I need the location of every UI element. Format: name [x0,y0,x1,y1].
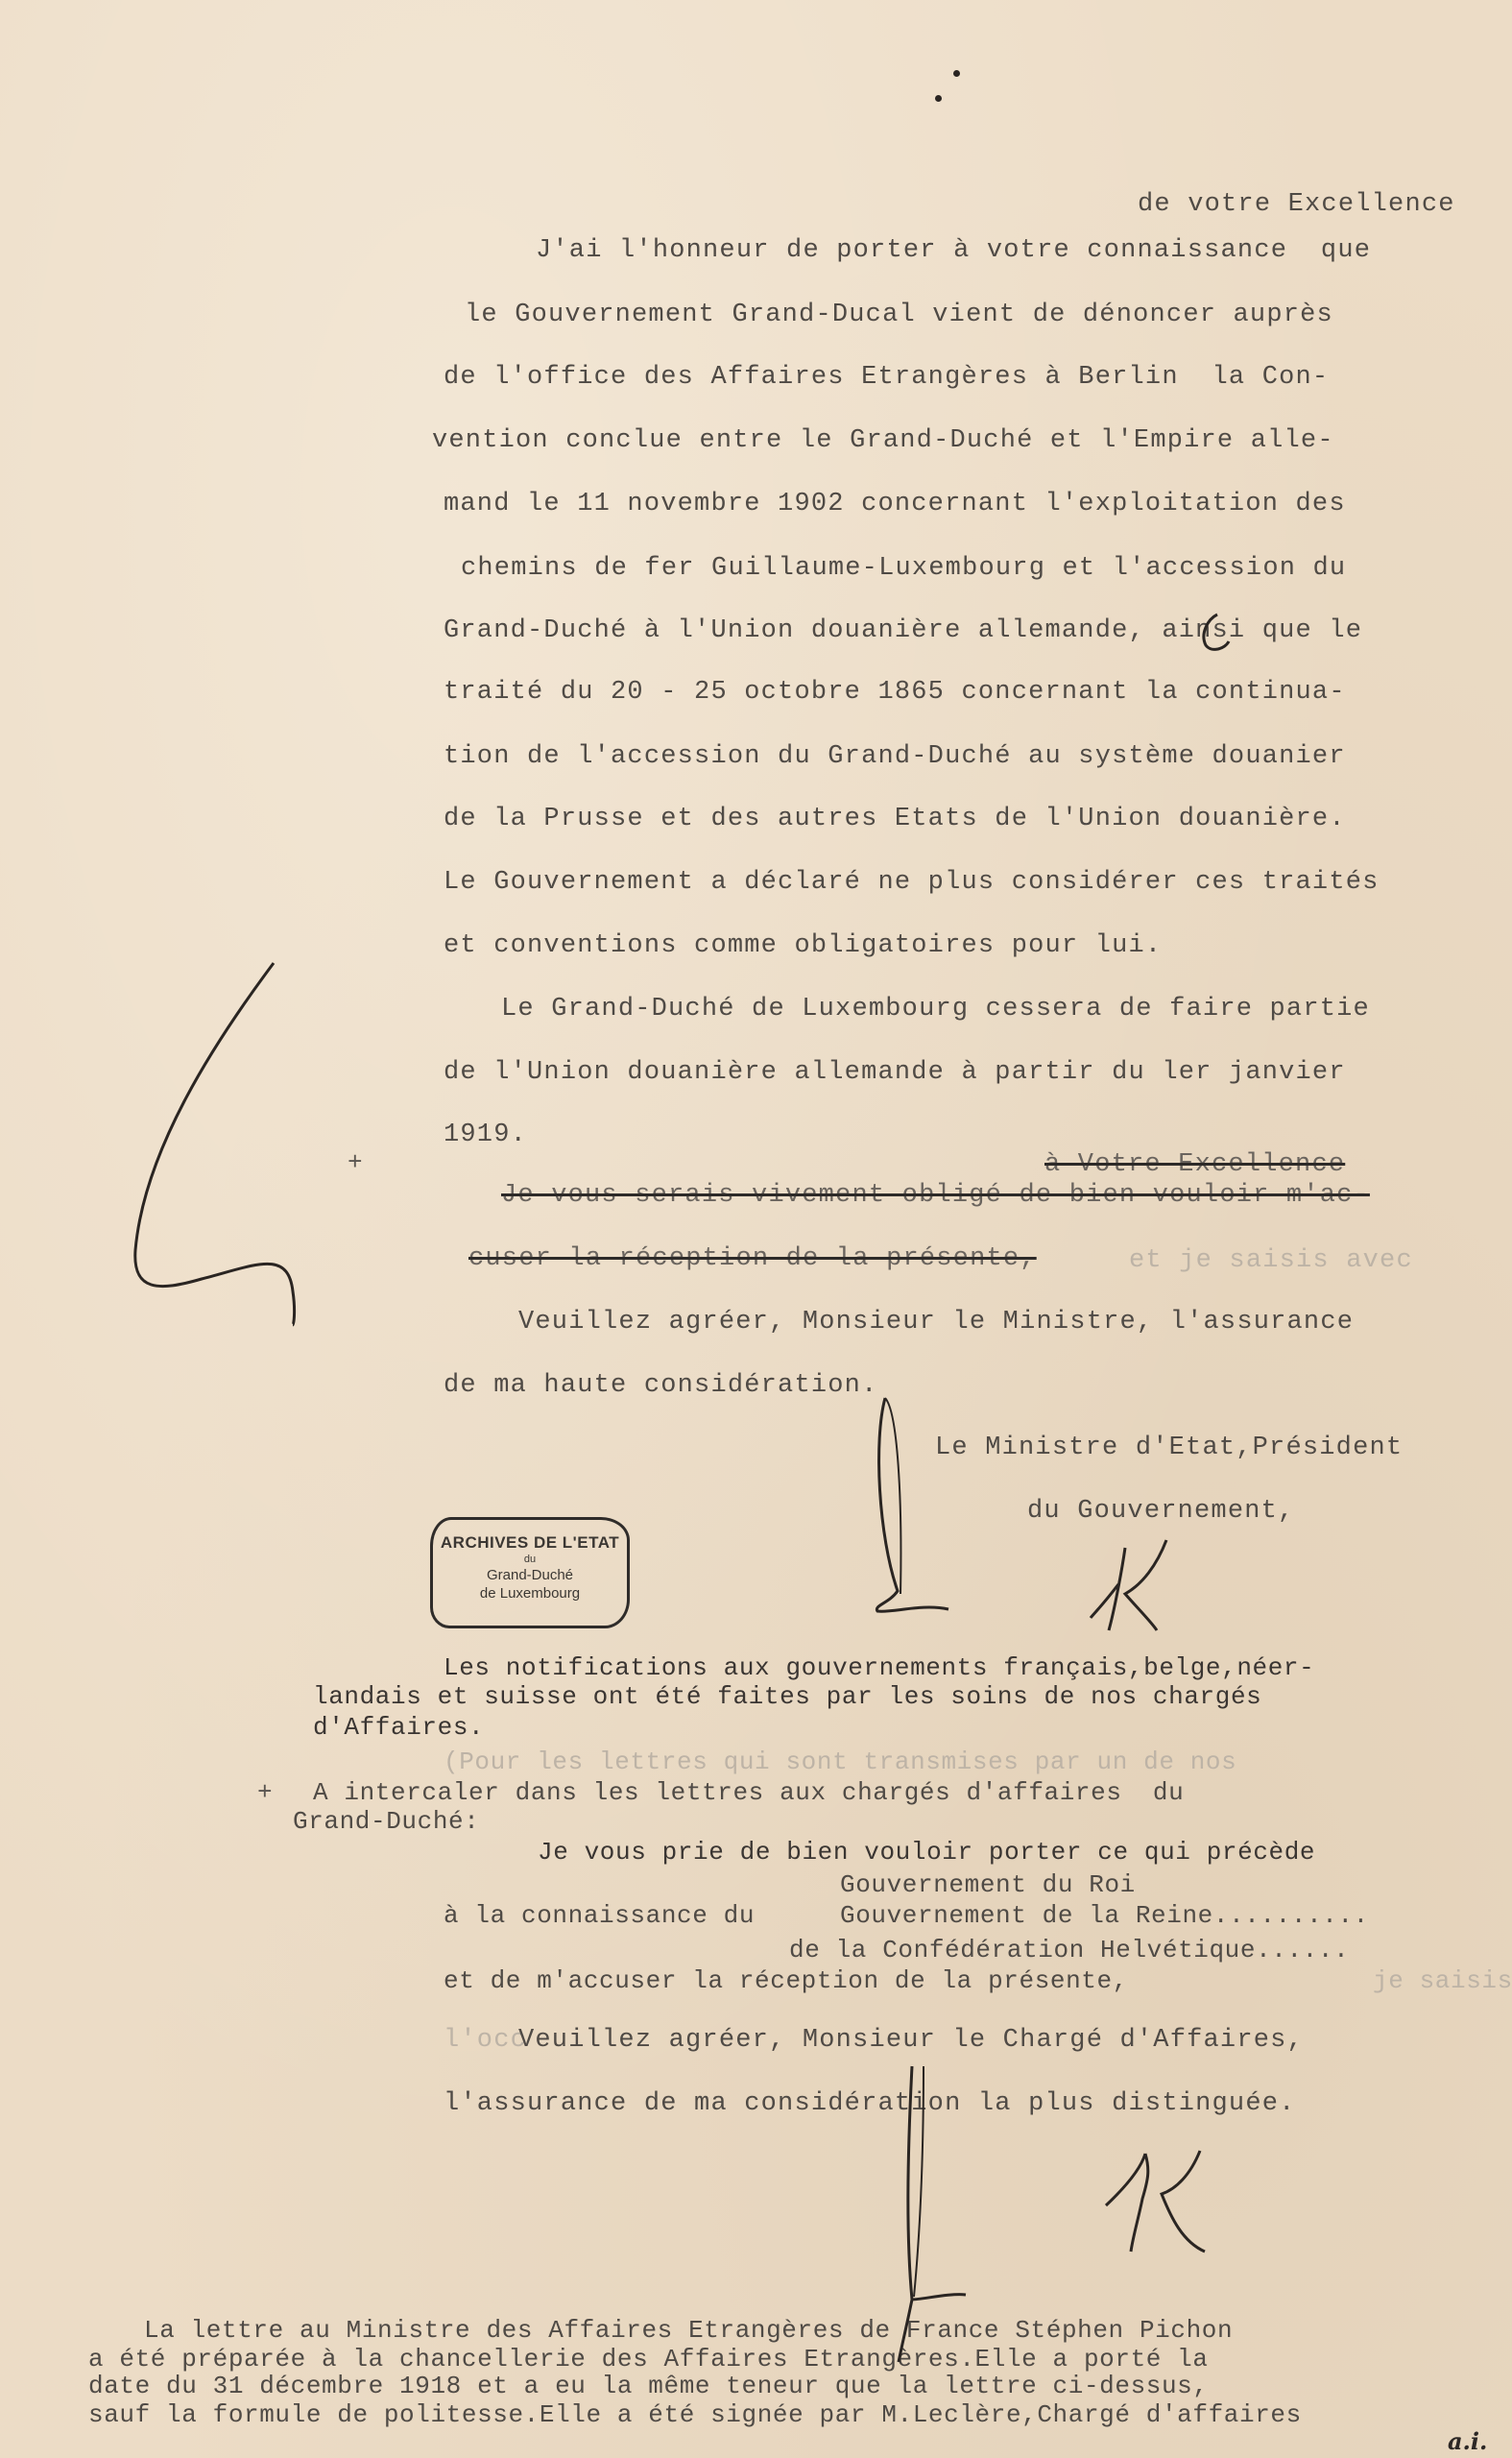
long-loop-stroke-icon [899,2066,966,2362]
correction-mark-icon [1204,614,1229,649]
margin-bracket-icon [135,963,295,1325]
signature-initial-icon [1091,1540,1166,1630]
long-loop-stroke-icon [876,1398,948,1611]
handwriting-strokes [0,0,1512,2458]
signature-initial-icon [1106,2151,1205,2252]
